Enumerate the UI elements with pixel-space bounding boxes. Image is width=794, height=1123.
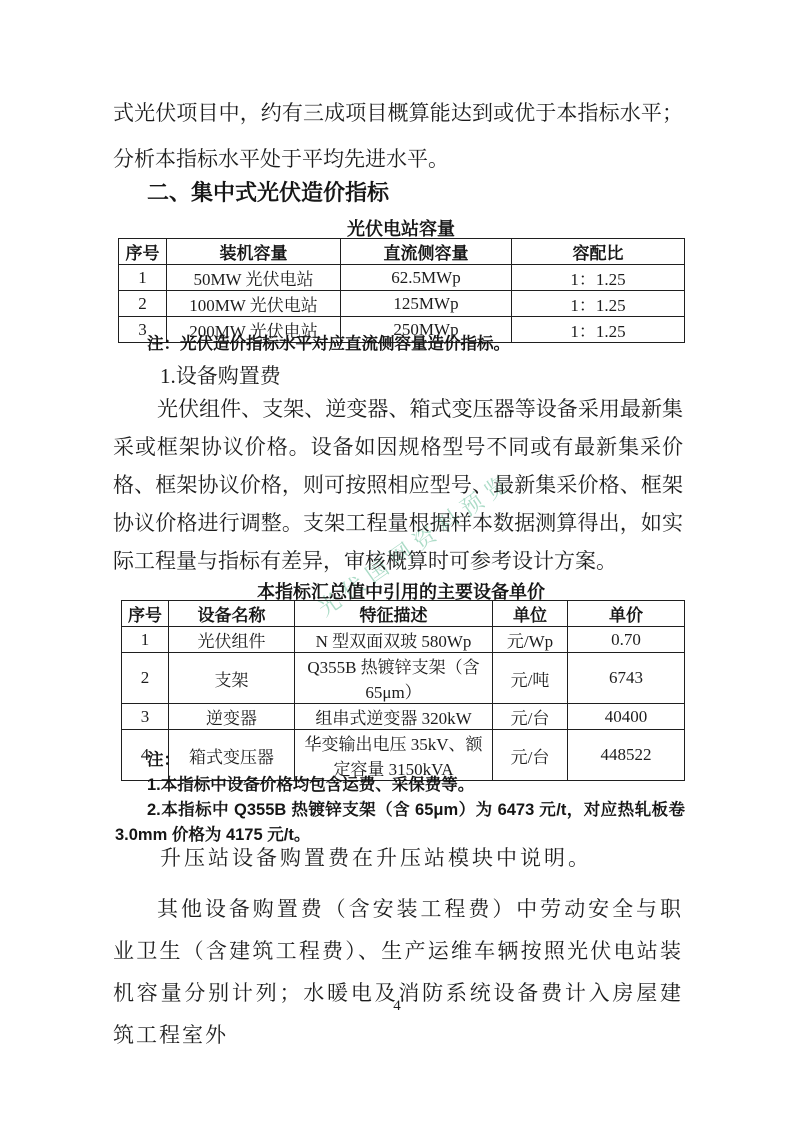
cell-feature-desc: N 型双面双玻 580Wp (295, 627, 493, 653)
equipment-paragraph: 光伏组件、支架、逆变器、箱式变压器等设备采用最新集采或框架协议价格。设备如因规格… (113, 390, 683, 580)
section-heading: 二、集中式光伏造价指标 (147, 176, 389, 207)
cell-seq: 3 (122, 704, 169, 730)
cell-equipment-name: 逆变器 (169, 704, 295, 730)
cell-seq: 2 (122, 653, 169, 704)
note-item-2: 2.本指标中 Q355B 热镀锌支架（含 65μm）为 6473 元/t，对应热… (115, 798, 685, 848)
col-header-ratio: 容配比 (512, 239, 685, 265)
subsection1-title: 1.设备购置费 (160, 360, 281, 390)
table1-note: 注：光伏造价指标水平对应直流侧容量造价指标。 (147, 332, 687, 357)
cell-installed-capacity: 50MW 光伏电站 (167, 265, 341, 291)
cell-unit-price: 40400 (568, 704, 685, 730)
col-header-unit: 单位 (493, 601, 568, 627)
cell-ratio: 1：1.25 (512, 265, 685, 291)
cell-equipment-name: 支架 (169, 653, 295, 704)
note-item-1: 1.本指标中设备价格均包含运费、采保费等。 (115, 773, 685, 798)
cell-seq: 2 (119, 291, 167, 317)
col-header-installed-capacity: 装机容量 (167, 239, 341, 265)
cell-unit-price: 0.70 (568, 627, 685, 653)
document-page: 光伏国网资料预览 式光伏项目中，约有三成项目概算能达到或优于本指标水平；分析本指… (0, 0, 794, 1123)
table2-notes: 注： 1.本指标中设备价格均包含运费、采保费等。 2.本指标中 Q355B 热镀… (115, 748, 685, 848)
col-header-dc-capacity: 直流侧容量 (341, 239, 512, 265)
booster-station-paragraph: 升压站设备购置费在升压站模块中说明。 (160, 842, 592, 872)
cell-unit: 元/Wp (493, 627, 568, 653)
pv-station-capacity-table: 序号 装机容量 直流侧容量 容配比 1 50MW 光伏电站 62.5MWp 1：… (118, 238, 685, 343)
cell-ratio: 1：1.25 (512, 291, 685, 317)
cell-feature-desc: Q355B 热镀锌支架（含 65μm） (295, 653, 493, 704)
cell-installed-capacity: 100MW 光伏电站 (167, 291, 341, 317)
col-header-seq: 序号 (119, 239, 167, 265)
page-number: 4 (0, 998, 794, 1015)
table-header-row: 序号 装机容量 直流侧容量 容配比 (119, 239, 685, 265)
col-header-equipment-name: 设备名称 (169, 601, 295, 627)
other-equipment-paragraph: 其他设备购置费（含安装工程费）中劳动安全与职业卫生（含建筑工程费）、生产运维车辆… (113, 888, 683, 1056)
cell-equipment-name: 光伏组件 (169, 627, 295, 653)
col-header-unit-price: 单价 (568, 601, 685, 627)
table-row: 2 支架 Q355B 热镀锌支架（含 65μm） 元/吨 6743 (122, 653, 685, 704)
cell-dc-capacity: 62.5MWp (341, 265, 512, 291)
col-header-seq: 序号 (122, 601, 169, 627)
cell-unit: 元/吨 (493, 653, 568, 704)
notes-label: 注： (115, 748, 685, 773)
table-row: 3 逆变器 组串式逆变器 320kW 元/台 40400 (122, 704, 685, 730)
table-row: 1 50MW 光伏电站 62.5MWp 1：1.25 (119, 265, 685, 291)
table-row: 2 100MW 光伏电站 125MWp 1：1.25 (119, 291, 685, 317)
table-row: 1 光伏组件 N 型双面双玻 580Wp 元/Wp 0.70 (122, 627, 685, 653)
intro-paragraph: 式光伏项目中，约有三成项目概算能达到或优于本指标水平；分析本指标水平处于平均先进… (113, 90, 683, 182)
cell-unit-price: 6743 (568, 653, 685, 704)
cell-seq: 1 (119, 265, 167, 291)
table-header-row: 序号 设备名称 特征描述 单位 单价 (122, 601, 685, 627)
cell-seq: 1 (122, 627, 169, 653)
cell-feature-desc: 组串式逆变器 320kW (295, 704, 493, 730)
cell-dc-capacity: 125MWp (341, 291, 512, 317)
cell-unit: 元/台 (493, 704, 568, 730)
col-header-feature-desc: 特征描述 (295, 601, 493, 627)
